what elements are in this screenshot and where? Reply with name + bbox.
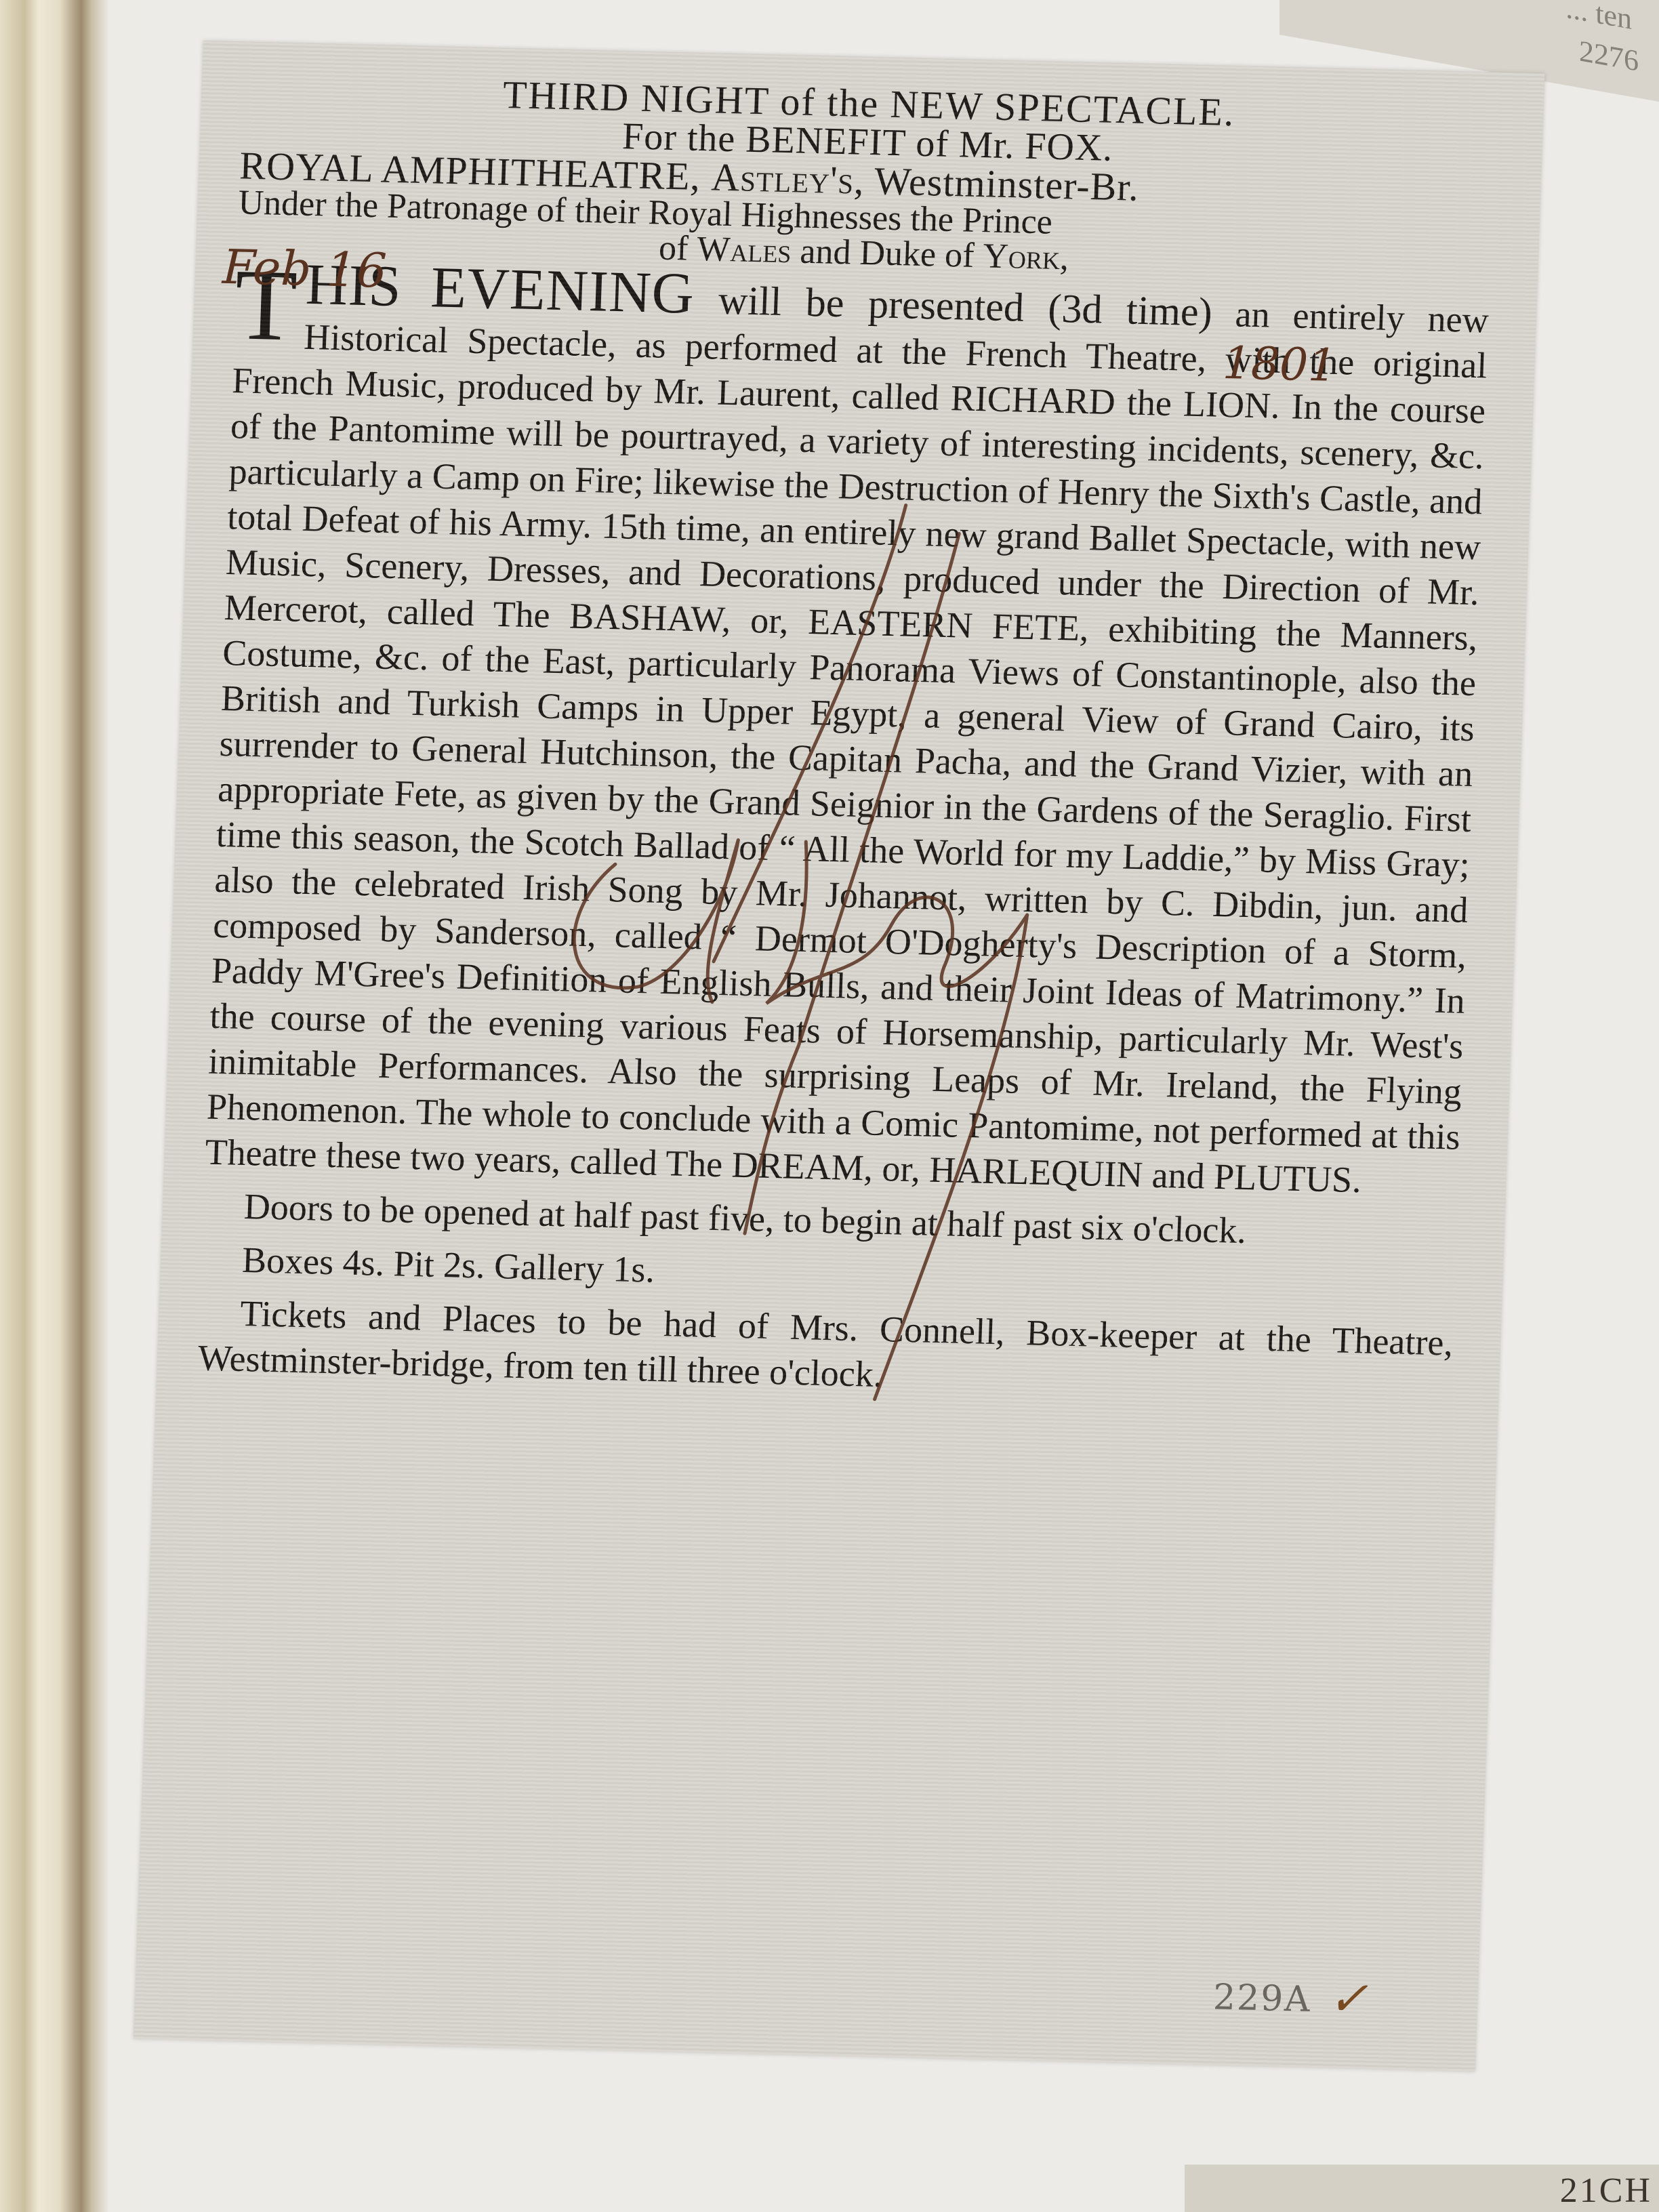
patrons-and: and Duke of [791, 232, 984, 275]
check-mark-icon: ✓ [1328, 1970, 1370, 2026]
patron-wales: Wales [696, 230, 792, 270]
handwritten-date: Feb 16 [222, 239, 388, 299]
next-page-corner-bottom: 21CH [1185, 2165, 1659, 2212]
newspaper-clipping: THIRD NIGHT of the NEW SPECTACLE. For th… [134, 41, 1544, 2072]
patron-york: York [982, 237, 1061, 277]
next-page-fragment-number: 2276 [1579, 33, 1639, 79]
next-page-fragment-text: ... ten [1565, 0, 1632, 37]
lead-paragraph: T HIS EVENING will be presented (3d time… [205, 260, 1490, 1205]
next-page-fragment-bottom: 21CH [1560, 2171, 1652, 2211]
patrons-comma: , [1059, 239, 1069, 277]
tickets-paragraph: Tickets and Places to be had of Mrs. Con… [197, 1290, 1454, 1411]
program-description: an entirely new Historical Spectacle, as… [205, 293, 1490, 1200]
handwritten-year: 1801 [1222, 337, 1338, 392]
catalog-mark: 229A [1212, 1977, 1312, 2020]
lead-rest: will be presented (3d time) [693, 277, 1213, 335]
clipping-body: T HIS EVENING will be presented (3d time… [197, 260, 1490, 1411]
